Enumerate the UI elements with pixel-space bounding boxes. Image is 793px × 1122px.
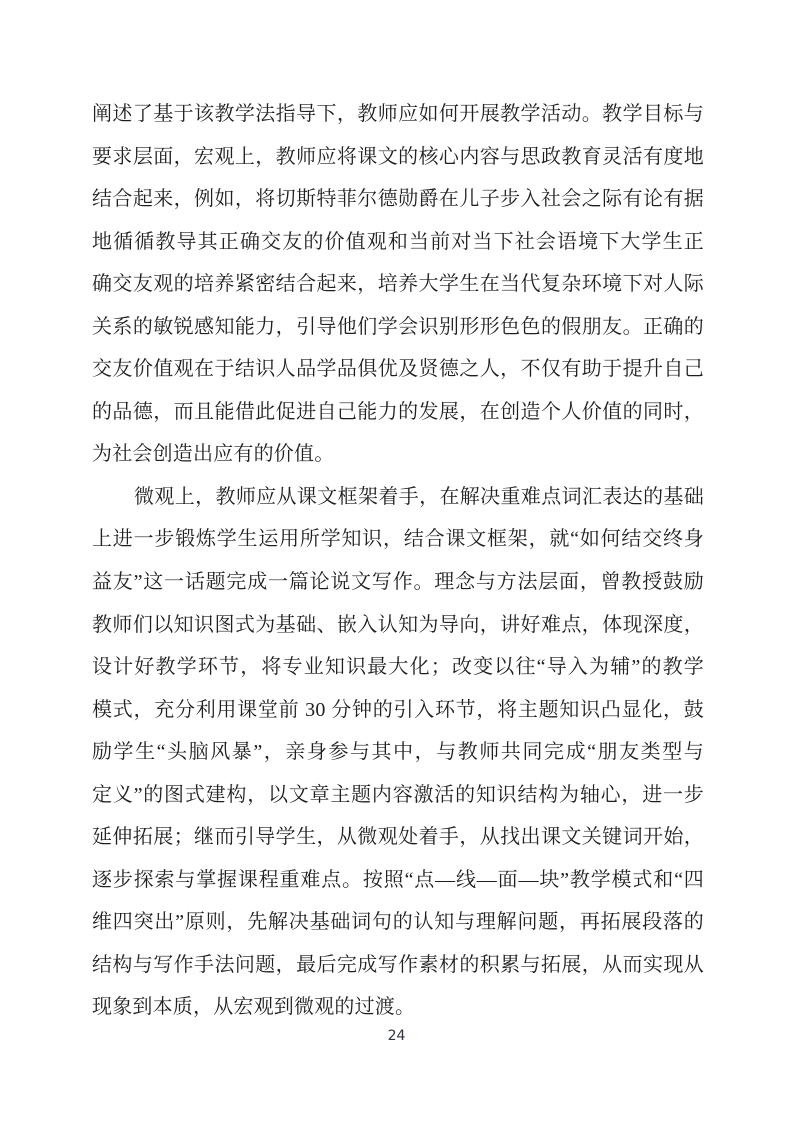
text-line: 的品德，而且能借此促进自己能力的发展，在创造个人价值的同时， bbox=[92, 391, 704, 434]
text-line: 关系的敏锐感知能力，引导他们学会识别形形色色的假朋友。正确的 bbox=[92, 306, 704, 349]
text-line: 逐步探索与掌握课程重难点。按照“点—线—面—块”教学模式和“四 bbox=[92, 859, 704, 902]
text-line: 微观上，教师应从课文框架着手，在解决重难点词汇表达的基础 bbox=[92, 476, 704, 519]
text-line: 地循循教导其正确交友的价值观和当前对当下社会语境下大学生正 bbox=[92, 221, 704, 264]
text-line: 励学生“头脑风暴”，亲身参与其中，与教师共同完成“朋友类型与 bbox=[92, 731, 704, 774]
document-page: 阐述了基于该教学法指导下，教师应如何开展教学活动。教学目标与要求层面，宏观上，教… bbox=[0, 0, 793, 1122]
text-line: 结合起来，例如，将切斯特菲尔德勋爵在儿子步入社会之际有论有据 bbox=[92, 178, 704, 221]
paragraph: 微观上，教师应从课文框架着手，在解决重难点词汇表达的基础上进一步锻炼学生运用所学… bbox=[92, 476, 704, 1029]
page-number: 24 bbox=[0, 1028, 793, 1044]
text-line: 延伸拓展；继而引导学生，从微观处着手，从找出课文关键词开始， bbox=[92, 816, 704, 859]
text-line: 确交友观的培养紧密结合起来，培养大学生在当代复杂环境下对人际 bbox=[92, 263, 704, 306]
text-line: 交友价值观在于结识人品学品俱优及贤德之人，不仅有助于提升自己 bbox=[92, 348, 704, 391]
text-line: 阐述了基于该教学法指导下，教师应如何开展教学活动。教学目标与 bbox=[92, 93, 704, 136]
paragraph: 阐述了基于该教学法指导下，教师应如何开展教学活动。教学目标与要求层面，宏观上，教… bbox=[92, 93, 704, 476]
text-line: 要求层面，宏观上，教师应将课文的核心内容与思政教育灵活有度地 bbox=[92, 136, 704, 179]
text-line: 益友”这一话题完成一篇论说文写作。理念与方法层面，曾教授鼓励 bbox=[92, 561, 704, 604]
text-line: 为社会创造出应有的价值。 bbox=[92, 433, 704, 476]
text-line: 结构与写作手法问题，最后完成写作素材的积累与拓展，从而实现从 bbox=[92, 944, 704, 987]
text-line: 模式，充分利用课堂前 30 分钟的引入环节，将主题知识凸显化，鼓 bbox=[92, 689, 704, 732]
text-line: 设计好教学环节，将专业知识最大化；改变以往“导入为辅”的教学 bbox=[92, 646, 704, 689]
text-line: 定义”的图式建构，以文章主题内容激活的知识结构为轴心，进一步 bbox=[92, 774, 704, 817]
text-line: 教师们以知识图式为基础、嵌入认知为导向，讲好难点，体现深度， bbox=[92, 604, 704, 647]
document-body: 阐述了基于该教学法指导下，教师应如何开展教学活动。教学目标与要求层面，宏观上，教… bbox=[92, 93, 704, 1029]
text-line: 上进一步锻炼学生运用所学知识，结合课文框架，就“如何结交终身 bbox=[92, 518, 704, 561]
text-line: 维四突出”原则，先解决基础词句的认知与理解问题，再拓展段落的 bbox=[92, 901, 704, 944]
text-line: 现象到本质，从宏观到微观的过渡。 bbox=[92, 986, 704, 1029]
